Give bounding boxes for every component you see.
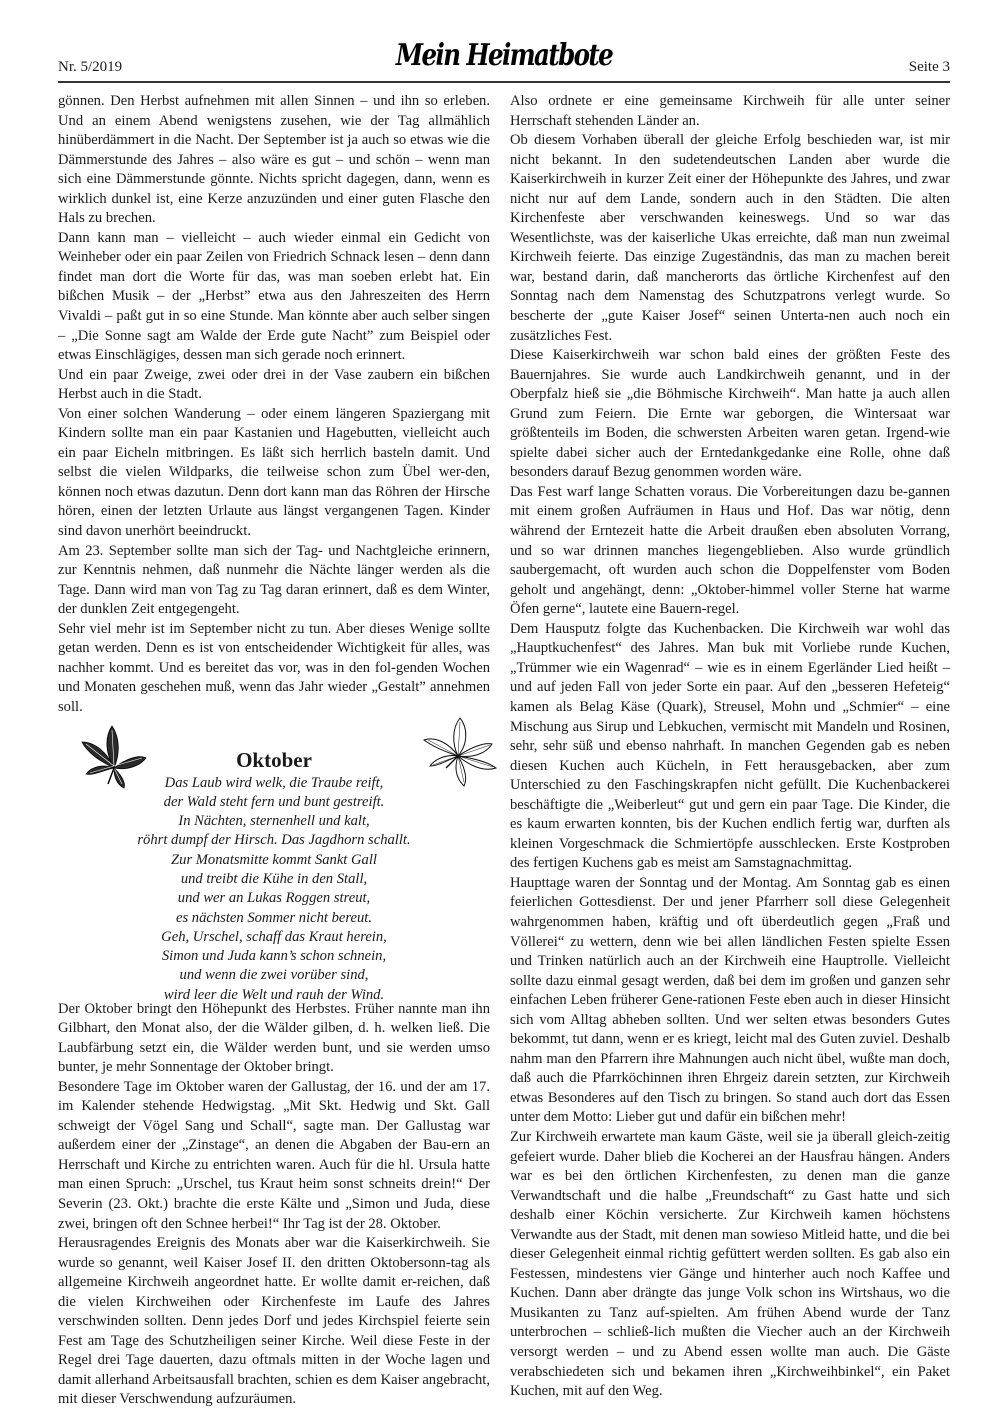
paragraph: Am 23. September sollte man sich der Tag… <box>58 542 490 620</box>
poem-box: Oktober Das Laub wird welk, die Traube r… <box>58 726 490 996</box>
poem-line: und wer an Lukas Roggen streut, <box>58 889 490 908</box>
poem-line: und wenn die zwei vorüber sind, <box>58 966 490 985</box>
paragraph: gönnen. Den Herbst aufnehmen mit allen S… <box>58 92 490 229</box>
paragraph: Zur Kirchweih erwartete man kaum Gäste, … <box>510 1128 950 1402</box>
paragraph: Das Fest warf lange Schatten voraus. Die… <box>510 483 950 620</box>
issue-number: Nr. 5/2019 <box>58 59 122 76</box>
paragraph: Sehr viel mehr ist im September nicht zu… <box>58 620 490 718</box>
poem-line: der Wald steht fern und bunt gestreift. <box>58 793 490 812</box>
chestnut-leaf-dark-icon <box>80 724 148 790</box>
poem-line: es nächsten Sommer nicht bereut. <box>58 909 490 928</box>
paragraph: Herausragendes Ereignis des Monats aber … <box>58 1234 490 1410</box>
paragraph: Von einer solchen Wanderung – oder einem… <box>58 405 490 542</box>
paragraph: Haupttage waren der Sonntag und der Mont… <box>510 874 950 1128</box>
poem-line: In Nächten, sternenhell und kalt, <box>58 812 490 831</box>
paragraph: Dem Hausputz folgte das Kuchenbacken. Di… <box>510 620 950 874</box>
right-column: Also ordnete er eine gemeinsame Kirchwei… <box>510 92 950 1402</box>
poem-line: Zur Monatsmitte kommt Sankt Gall <box>58 851 490 870</box>
paragraph: Der Oktober bringt den Höhepunkt des Her… <box>58 1000 490 1078</box>
paragraph: Diese Kaiserkirchweih war schon bald ein… <box>510 346 950 483</box>
poem-line: Simon und Juda kann’s schon schnein, <box>58 947 490 966</box>
paragraph: Ob diesem Vorhaben überall der gleiche E… <box>510 131 950 346</box>
poem-line: Geh, Urschel, schaff das Kraut herein, <box>58 928 490 947</box>
poem-line: und treibt die Kühe in den Stall, <box>58 870 490 889</box>
paragraph: Dann kann man – vielleicht – auch wieder… <box>58 229 490 366</box>
paragraph: Also ordnete er eine gemeinsame Kirchwei… <box>510 92 950 131</box>
page-header: Nr. 5/2019 Mein Heimatbote Seite 3 <box>58 44 950 80</box>
left-column: gönnen. Den Herbst aufnehmen mit allen S… <box>58 92 490 1410</box>
masthead-logo: Mein Heimatbote <box>396 38 612 73</box>
poem-line: röhrt dumpf der Hirsch. Das Jagdhorn sch… <box>58 831 490 850</box>
poem-body: Das Laub wird welk, die Traube reift, de… <box>58 774 490 1006</box>
paragraph: Besondere Tage im Oktober waren der Gall… <box>58 1078 490 1234</box>
page-number: Seite 3 <box>909 59 950 76</box>
poem-line: wird leer die Welt und rauh der Wind. <box>58 986 490 1005</box>
paragraph: Und ein paar Zweige, zwei oder drei in d… <box>58 366 490 405</box>
header-rule <box>58 81 950 83</box>
chestnut-leaf-outline-icon <box>418 716 498 788</box>
